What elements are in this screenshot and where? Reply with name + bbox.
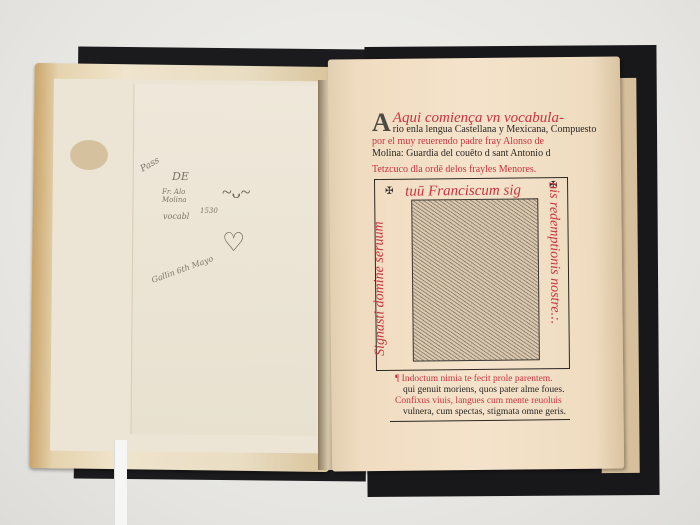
pencil-note: 1530	[200, 207, 218, 215]
woodcut-illustration	[411, 198, 540, 361]
pencil-note: DE	[172, 170, 189, 183]
title-line: Tetzcuco dla ordē delos frayles Menores.	[372, 164, 602, 176]
pencil-note: Fr. Alo Molina	[162, 188, 202, 204]
verse-line: ¶ Indoctum nimia te fecit prole parentem…	[395, 374, 585, 385]
title-line: Aqui comiença vn vocabula-	[372, 112, 602, 124]
title-line: rio enla lengua Castellana y Mexicana, C…	[372, 124, 602, 136]
woodcut-frame: ✠ ✠ tuū Franciscum sig Signasti domine s…	[374, 177, 570, 371]
bird-doodle-icon: ~ᴗ~	[222, 182, 250, 203]
verse-line: qui genuit moriens, quos pater alme foue…	[395, 385, 585, 396]
bookmark-ribbon	[114, 440, 127, 525]
cross-icon: ✠	[385, 186, 394, 197]
verse-line: vulnera, cum spectas, stigmata omne geri…	[395, 407, 585, 418]
title-text: A Aqui comiença vn vocabula- rio enla le…	[372, 112, 602, 176]
pencil-note: vocabl	[163, 212, 189, 221]
frame-text-right: nis redemptionis nostre.:.	[545, 182, 562, 324]
title-line: por el muy reuerendo padre fray Alonso d…	[372, 136, 602, 148]
verse-line: Confixus viuis, langues cum mente reuolu…	[395, 396, 585, 407]
title-line: Molina: Guardia del couēto d sant Antoni…	[372, 148, 602, 160]
initial-capital: A	[372, 112, 391, 134]
left-flyleaf	[130, 84, 319, 436]
verse-text: ¶ Indoctum nimia te fecit prole parentem…	[395, 374, 585, 418]
stain	[70, 140, 108, 170]
frame-text-left: Signasti domine seruum	[371, 221, 388, 356]
bird-doodle-icon: ♡	[222, 228, 245, 258]
